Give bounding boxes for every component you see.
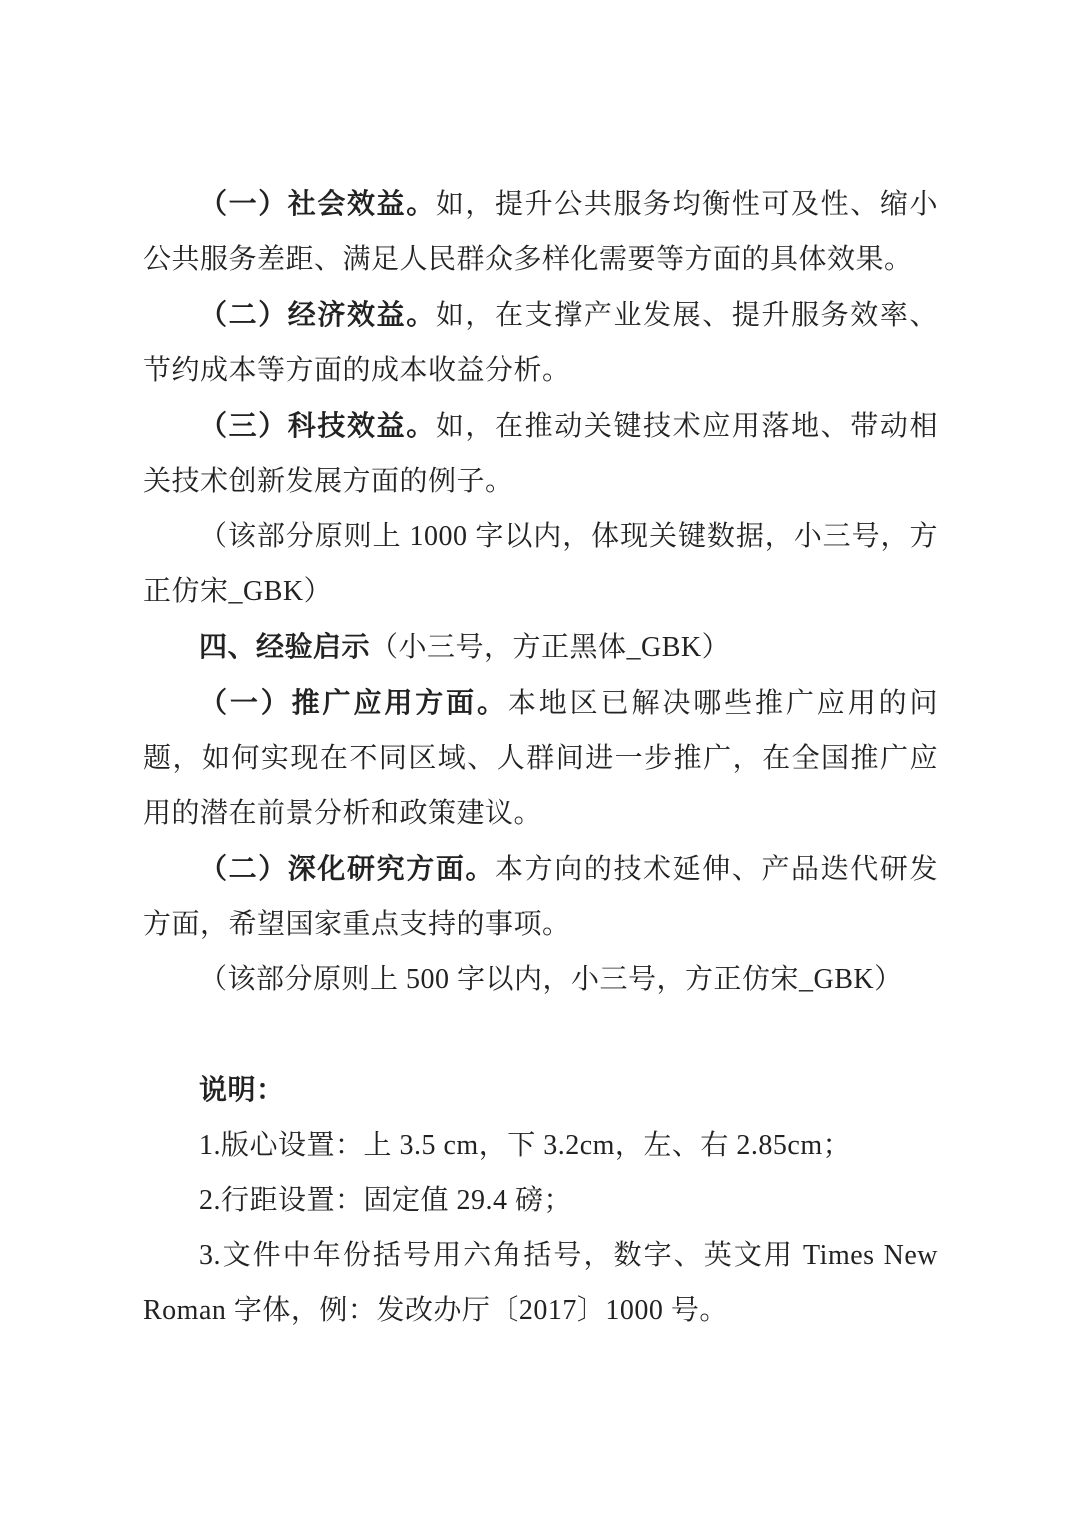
document-page: （一）社会效益。如，提升公共服务均衡性可及性、缩小公共服务差距、满足人民群众多样…	[0, 0, 1080, 1527]
item-label: （二）经济效益。	[199, 299, 436, 330]
item-label: （三）科技效益。	[199, 410, 436, 441]
note-text: （该部分原则上 500 字以内，小三号，方正仿宋_GBK）	[199, 964, 903, 995]
notes-title: 说明：	[143, 1062, 938, 1118]
item-label: （一）推广应用方面。	[199, 687, 508, 718]
note-text: 1.版心设置：上 3.5 cm，下 3.2cm，左、右 2.85cm；	[199, 1130, 851, 1161]
paragraph-note-1000-words: （该部分原则上 1000 字以内，体现关键数据，小三号，方正仿宋_GBK）	[143, 509, 938, 619]
paragraph-note-500-words: （该部分原则上 500 字以内，小三号，方正仿宋_GBK）	[143, 952, 938, 1007]
notes-title-label: 说明：	[199, 1074, 285, 1105]
paragraph-social-benefit: （一）社会效益。如，提升公共服务均衡性可及性、缩小公共服务差距、满足人民群众多样…	[143, 176, 938, 287]
note-line-spacing: 2.行距设置：固定值 29.4 磅；	[143, 1173, 938, 1228]
heading-note: （小三号，方正黑体_GBK）	[370, 632, 730, 663]
paragraph-tech-benefit: （三）科技效益。如，在推动关键技术应用落地、带动相关技术创新发展方面的例子。	[143, 398, 938, 509]
document-body: （一）社会效益。如，提升公共服务均衡性可及性、缩小公共服务差距、满足人民群众多样…	[143, 176, 938, 1338]
heading-label: 四、经验启示	[199, 631, 370, 662]
note-text: （该部分原则上 1000 字以内，体现关键数据，小三号，方正仿宋_GBK）	[143, 521, 938, 607]
note-brackets-font: 3.文件中年份括号用六角括号，数字、英文用 Times New Roman 字体…	[143, 1228, 938, 1338]
item-label: （二）深化研究方面。	[199, 853, 495, 884]
paragraph-economic-benefit: （二）经济效益。如，在支撑产业发展、提升服务效率、节约成本等方面的成本收益分析。	[143, 287, 938, 398]
note-text: 3.文件中年份括号用六角括号，数字、英文用 Times New Roman 字体…	[143, 1240, 938, 1326]
paragraph-promotion: （一）推广应用方面。本地区已解决哪些推广应用的问题，如何实现在不同区域、人群间进…	[143, 675, 938, 841]
note-text: 2.行距设置：固定值 29.4 磅；	[199, 1185, 572, 1216]
heading-experience: 四、经验启示（小三号，方正黑体_GBK）	[143, 619, 938, 675]
item-label: （一）社会效益。	[199, 188, 436, 219]
paragraph-deep-research: （二）深化研究方面。本方向的技术延伸、产品迭代研发方面，希望国家重点支持的事项。	[143, 841, 938, 952]
note-page-margins: 1.版心设置：上 3.5 cm，下 3.2cm，左、右 2.85cm；	[143, 1118, 938, 1173]
